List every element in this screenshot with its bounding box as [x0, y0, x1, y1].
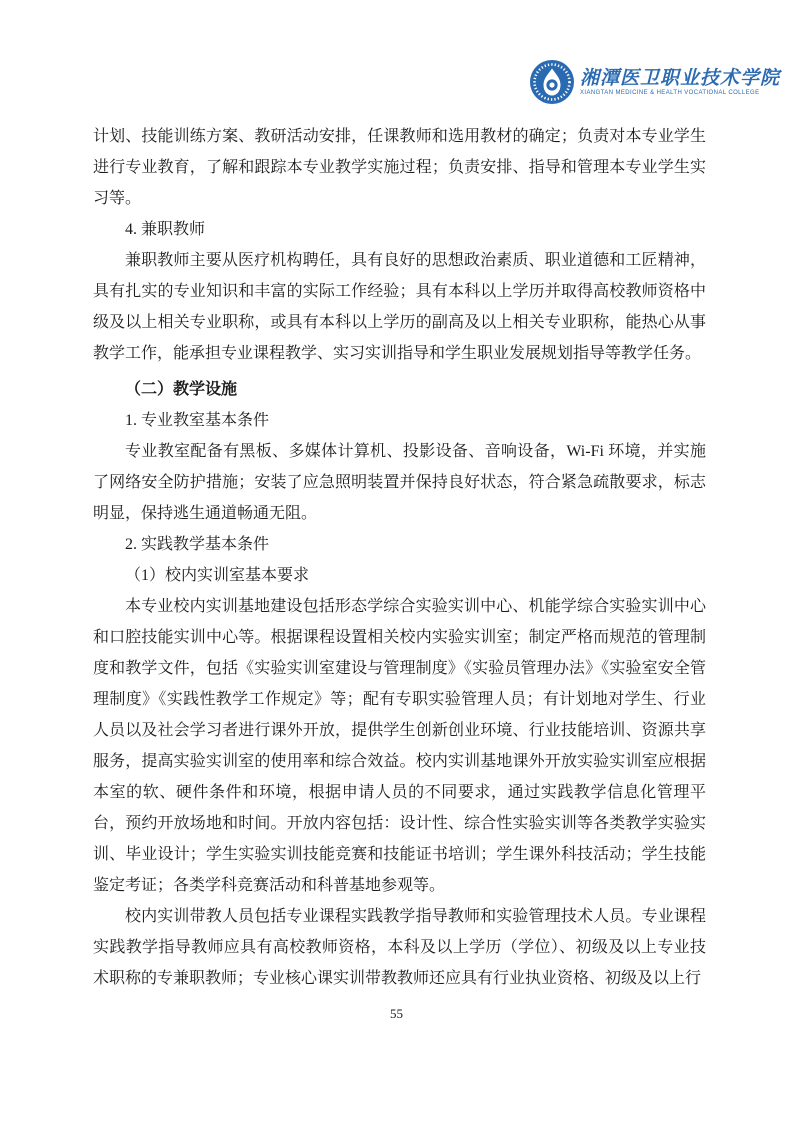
body-paragraph: 本专业校内实训基地建设包括形态学综合实验实训中心、机能学综合实验实训中心和口腔技… [93, 591, 706, 901]
document-body: 计划、技能训练方案、教研活动安排，任课教师和选用教材的确定；负责对本专业学生进行… [93, 121, 706, 994]
page-number: 55 [0, 1006, 793, 1022]
college-logo: 湘潭医卫职业技术学院 XIANGTAN MEDICINE & HEALTH VO… [529, 59, 780, 105]
college-name-block: 湘潭医卫职业技术学院 XIANGTAN MEDICINE & HEALTH VO… [580, 68, 780, 97]
section-heading: （1）校内实训室基本要求 [93, 560, 706, 591]
body-paragraph: 兼职教师主要从医疗机构聘任，具有良好的思想政治素质、职业道德和工匠精神，具有扎实… [93, 245, 706, 369]
section-heading: 4. 兼职教师 [93, 214, 706, 245]
college-name-english: XIANGTAN MEDICINE & HEALTH VOCATIONAL CO… [580, 89, 780, 97]
section-heading: （二）教学设施 [93, 374, 706, 405]
body-paragraph: 校内实训带教人员包括专业课程实践教学指导教师和实验管理技术人员。专业课程实践教学… [93, 901, 706, 994]
section-heading: 1. 专业教室基本条件 [93, 405, 706, 436]
college-name-chinese: 湘潭医卫职业技术学院 [580, 68, 780, 89]
document-page: 湘潭医卫职业技术学院 XIANGTAN MEDICINE & HEALTH VO… [0, 0, 793, 1122]
body-paragraph: 计划、技能训练方案、教研活动安排，任课教师和选用教材的确定；负责对本专业学生进行… [93, 121, 706, 214]
body-paragraph: 专业教室配备有黑板、多媒体计算机、投影设备、音响设备，Wi-Fi 环境，并实施了… [93, 436, 706, 529]
college-emblem-icon [529, 59, 575, 105]
section-heading: 2. 实践教学基本条件 [93, 529, 706, 560]
